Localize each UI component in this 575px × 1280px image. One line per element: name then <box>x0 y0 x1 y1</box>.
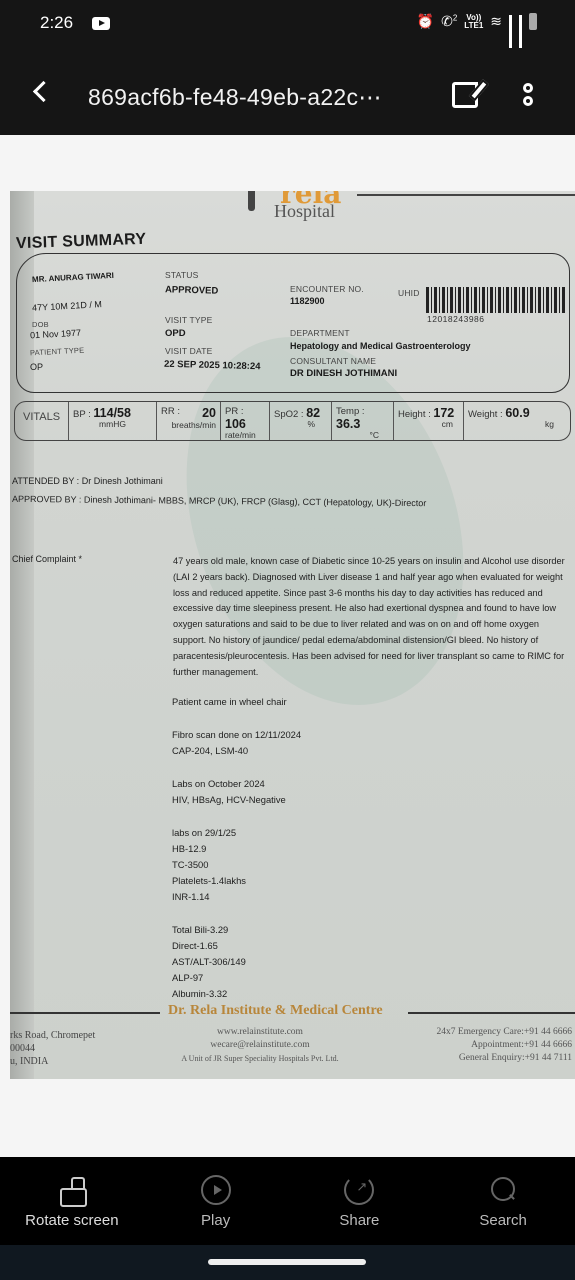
file-title: 869acf6b-fe48-49eb-a22c⋯ <box>88 84 382 111</box>
uhid-barcode <box>426 287 566 313</box>
vitals-row: VITALS BP : 114/58 mmHG RR : 20 breaths/… <box>14 401 571 441</box>
youtube-icon <box>92 17 110 30</box>
vital-height: Height : 172 cm <box>394 402 464 440</box>
volte-icon: Vo))LTE1 <box>464 14 483 30</box>
vital-spo2: SpO2 : 82 % <box>270 402 332 440</box>
status-bar: 2:26 ⏰ ✆2 Vo))LTE1 ≋ <box>0 0 575 48</box>
rotate-screen-button[interactable]: Rotate screen <box>0 1157 144 1245</box>
share-icon <box>344 1175 374 1205</box>
back-button[interactable] <box>28 78 54 106</box>
attended-by: ATTENDED BY : Dr Dinesh Jothimani <box>12 476 163 486</box>
bottom-action-bar: Rotate screen Play Share Search <box>0 1157 575 1245</box>
rotate-screen-icon <box>57 1175 87 1205</box>
footer-contact-web: www.relainstitute.com wecare@relainstitu… <box>160 1026 360 1065</box>
vital-rr: RR : 20 breaths/min <box>157 402 221 440</box>
uhid-number: 12018243986 <box>427 314 485 324</box>
patient-type: OP <box>30 362 43 372</box>
stamp-mark <box>50 193 150 215</box>
home-gesture-handle[interactable] <box>208 1259 366 1265</box>
image-viewer[interactable]: rela Hospital VISIT SUMMARY MR. ANURAG T… <box>0 135 575 1157</box>
footer-brand: Dr. Rela Institute & Medical Centre <box>168 1003 383 1019</box>
more-vertical-icon <box>520 83 536 106</box>
vitals-heading: VITALS <box>15 402 69 440</box>
vital-weight: Weight : 60.9 kg <box>464 402 570 440</box>
hospital-logo-subtitle: Hospital <box>274 201 335 222</box>
play-button[interactable]: Play <box>144 1157 288 1245</box>
status-time: 2:26 <box>40 13 73 33</box>
visit-type: OPD <box>165 328 186 339</box>
vital-temp: Temp : 36.3 °C <box>332 402 394 440</box>
chief-complaint-text: 47 years old male, known case of Diabeti… <box>173 554 568 680</box>
signal-icon <box>509 15 512 29</box>
wifi-icon: ≋ <box>490 13 502 30</box>
system-navigation-bar <box>0 1245 575 1280</box>
document-title: VISIT SUMMARY <box>16 231 147 254</box>
visit-status: APPROVED <box>165 284 219 296</box>
chief-complaint-label: Chief Complaint * <box>12 554 82 564</box>
footer-phone-numbers: 24x7 Emergency Care:+91 44 6666 Appointm… <box>436 1026 572 1065</box>
search-icon <box>488 1175 518 1205</box>
edit-button[interactable] <box>452 82 478 108</box>
app-bar: 869acf6b-fe48-49eb-a22c⋯ <box>0 48 575 135</box>
signal-icon <box>519 15 522 29</box>
search-button[interactable]: Search <box>431 1157 575 1245</box>
consultant-name: DR DINESH JOTHIMANI <box>290 368 397 379</box>
department: Hepatology and Medical Gastroenterology <box>290 341 471 351</box>
system-status-icons: ⏰ ✆2 Vo))LTE1 ≋ <box>417 13 537 30</box>
document-photo: rela Hospital VISIT SUMMARY MR. ANURAG T… <box>10 191 575 1079</box>
encounter-number: 1182900 <box>290 296 325 306</box>
play-icon <box>201 1175 231 1205</box>
share-button[interactable]: Share <box>288 1157 432 1245</box>
more-options-button[interactable] <box>520 81 536 111</box>
wifi-calling-icon: ✆2 <box>441 13 457 30</box>
alarm-icon: ⏰ <box>417 13 434 30</box>
footer-address: rks Road, Chromepet 00044 u, INDIA <box>10 1029 95 1068</box>
vital-pr: PR : 106 rate/min <box>221 402 270 440</box>
battery-icon <box>529 13 537 30</box>
clinical-notes: Patient came in wheel chair Fibro scan d… <box>172 694 301 1002</box>
vital-bp: BP : 114/58 mmHG <box>69 402 157 440</box>
